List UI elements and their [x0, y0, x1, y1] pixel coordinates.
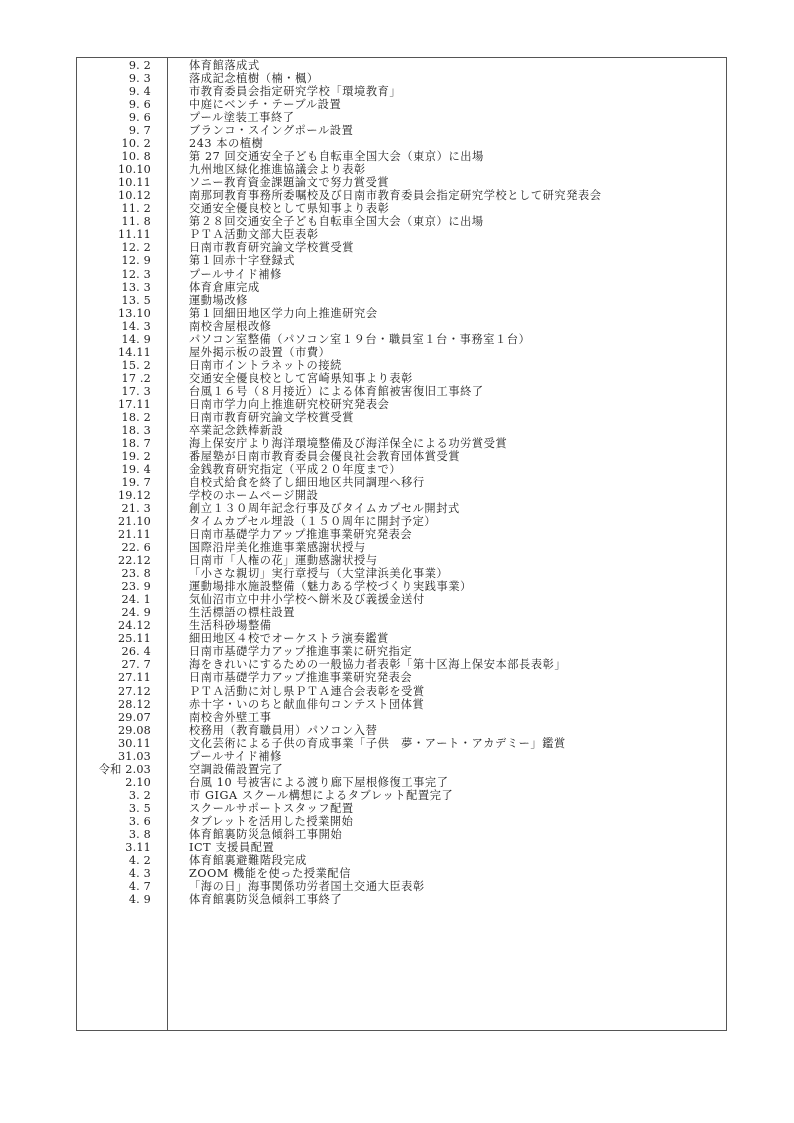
date-cell: 3. 2	[77, 789, 151, 802]
date-cell: 24. 9	[77, 606, 151, 619]
table-row: 27.12 ＰＴＡ活動に対し県ＰＴＡ連合会表彰を受賞	[77, 685, 726, 698]
date-cell: 4. 7	[77, 880, 151, 893]
event-cell: ソニー教育資金課題論文で努力賞受賞	[189, 176, 389, 189]
date-cell: 18. 7	[77, 437, 151, 450]
event-cell: 九州地区緑化推進協議会より表彰	[189, 163, 366, 176]
event-cell: 市教育委員会指定研究学校「環境教育」	[189, 85, 401, 98]
event-cell: 日南市教育研究論文学校賞受賞	[189, 411, 354, 424]
date-cell: 9. 3	[77, 72, 151, 85]
event-cell: 台風 10 号被害による渡り廊下屋根修復工事完了	[189, 776, 449, 789]
date-cell: 9. 2	[77, 59, 151, 72]
event-cell: 屋外掲示板の設置（市費）	[189, 346, 330, 359]
date-cell: 19.12	[77, 489, 151, 502]
date-cell: 22.12	[77, 554, 151, 567]
table-row: 31.03 プールサイド補修	[77, 750, 726, 763]
event-cell: 日南市学力向上推進研究校研究発表会	[189, 398, 389, 411]
date-cell: 4. 3	[77, 867, 151, 880]
event-cell: プールサイド補修	[189, 750, 282, 763]
date-cell: 13. 5	[77, 294, 151, 307]
event-cell: 生活標語の標柱設置	[189, 606, 295, 619]
event-cell: ＰＴＡ活動文部大臣表彰	[189, 228, 319, 241]
date-cell: 28.12	[77, 698, 151, 711]
table-row: 19. 2 番屋塾が日南市教育委員会優良社会教育団体賞受賞	[77, 450, 726, 463]
event-cell: ブランコ・スイングポール設置	[189, 124, 353, 137]
table-row: 21. 3 創立１３０周年記念行事及びタイムカプセル開封式	[77, 502, 726, 515]
table-row: 3. 5 スクールサポートスタッフ配置	[77, 802, 726, 815]
date-cell: 17 .2	[77, 372, 151, 385]
table-row: 24. 9 生活標語の標柱設置	[77, 606, 726, 619]
date-cell: 21.11	[77, 528, 151, 541]
event-cell: 運動場改修	[189, 294, 248, 307]
event-cell: 第 27 回交通安全子ども自転車全国大会（東京）に出場	[189, 150, 484, 163]
date-cell: 26. 4	[77, 645, 151, 658]
table-row: 12. 9 第１回赤十字登録式	[77, 254, 726, 267]
table-row: 13.10 第１回細田地区学力向上推進研究会	[77, 307, 726, 320]
date-cell: 2.10	[77, 776, 151, 789]
table-row: 11.11 ＰＴＡ活動文部大臣表彰	[77, 228, 726, 241]
table-row: 4. 9 体育館裏防災急傾斜工事終了	[77, 893, 726, 906]
event-cell: 日南市教育研究論文学校賞受賞	[189, 241, 354, 254]
date-cell: 23. 9	[77, 580, 151, 593]
date-cell: 22. 6	[77, 541, 151, 554]
table-row: 19. 7 自校式給食を終了し細田地区共同調理へ移行	[77, 476, 726, 489]
date-cell: 27.12	[77, 685, 151, 698]
table-row: 15. 2 日南市イントラネットの接続	[77, 359, 726, 372]
table-row: 22.12 日南市「人権の花」運動感謝状授与	[77, 554, 726, 567]
table-row: 4. 3 ZOOM 機能を使った授業配信	[77, 867, 726, 880]
date-cell: 27. 7	[77, 658, 151, 671]
event-cell: 日南市基礎学力アップ推進事業研究発表会	[189, 528, 412, 541]
date-cell: 31.03	[77, 750, 151, 763]
table-row: 14.11 屋外掲示板の設置（市費）	[77, 346, 726, 359]
event-cell: 「海の日」海事関係功労者国土交通大臣表彰	[189, 880, 425, 893]
event-cell: 体育館裏防災急傾斜工事終了	[189, 893, 342, 906]
date-cell: 19. 4	[77, 463, 151, 476]
event-cell: スクールサポートスタッフ配置	[189, 802, 354, 815]
event-cell: 細田地区４校でオーケストラ演奏鑑賞	[189, 632, 389, 645]
event-cell: 自校式給食を終了し細田地区共同調理へ移行	[189, 476, 425, 489]
date-cell: 11. 8	[77, 215, 151, 228]
table-row: 17.11 日南市学力向上推進研究校研究発表会	[77, 398, 726, 411]
event-cell: パソコン室整備（パソコン室１９台・職員室１台・事務室１台）	[189, 333, 530, 346]
table-row: 10.10 九州地区緑化推進協議会より表彰	[77, 163, 726, 176]
date-cell: 21. 3	[77, 502, 151, 515]
event-cell: 学校のホームページ開設	[189, 489, 318, 502]
event-cell: 交通安全優良校として県知事より表彰	[189, 202, 389, 215]
date-cell: 10. 8	[77, 150, 151, 163]
date-cell: 9. 7	[77, 124, 151, 137]
event-cell: 中庭にベンチ・テーブル設置	[189, 98, 341, 111]
date-cell: 25.11	[77, 632, 151, 645]
table-row: 2.10 台風 10 号被害による渡り廊下屋根修復工事完了	[77, 776, 726, 789]
event-cell: 体育館落成式	[189, 59, 260, 72]
table-row: 17. 3 台風１６号（８月接近）による体育館被害復旧工事終了	[77, 385, 726, 398]
table-row: 18. 3 卒業記念鉄棒新設	[77, 424, 726, 437]
event-cell: プールサイド補修	[189, 268, 282, 281]
event-cell: タブレットを活用した授業開始	[189, 815, 353, 828]
date-cell: 12. 9	[77, 254, 151, 267]
date-cell: 13.10	[77, 307, 151, 320]
event-cell: 海をきれいにするための一般協力者表彰「第十区海上保安本部長表彰」	[189, 658, 566, 671]
date-cell: 4. 2	[77, 854, 151, 867]
event-cell: 南校舎屋根改修	[189, 320, 272, 333]
date-cell: 9. 6	[77, 111, 151, 124]
event-cell: 体育倉庫完成	[189, 281, 260, 294]
table-row: 11. 2 交通安全優良校として県知事より表彰	[77, 202, 726, 215]
event-cell: 校務用（教育職員用）パソコン入替	[189, 724, 377, 737]
table-row: 22. 6 国際沿岸美化推進事業感謝状授与	[77, 541, 726, 554]
table-row: 10.12 南那珂教育事務所委嘱校及び日南市教育委員会指定研究学校として研究発表…	[77, 189, 726, 202]
history-table: 9. 2 体育館落成式 9. 3 落成記念植樹（楠・楓） 9. 4 市教育委員会…	[76, 57, 727, 1031]
date-cell: 18. 3	[77, 424, 151, 437]
date-cell: 9. 4	[77, 85, 151, 98]
event-cell: 番屋塾が日南市教育委員会優良社会教育団体賞受賞	[189, 450, 460, 463]
date-cell: 9. 6	[77, 98, 151, 111]
event-cell: 文化芸術による子供の育成事業「子供 夢・アート・アカデミー」鑑賞	[189, 737, 566, 750]
table-row: 3. 8 体育館裏防災急傾斜工事開始	[77, 828, 726, 841]
table-row: 24.12 生活科砂場整備	[77, 619, 726, 632]
event-cell: ICT 支援員配置	[189, 841, 274, 854]
table-row: 9. 4 市教育委員会指定研究学校「環境教育」	[77, 85, 726, 98]
table-row: 4. 2 体育館裏避難階段完成	[77, 854, 726, 867]
table-row: 27. 7 海をきれいにするための一般協力者表彰「第十区海上保安本部長表彰」	[77, 658, 726, 671]
table-row: 4. 7 「海の日」海事関係功労者国土交通大臣表彰	[77, 880, 726, 893]
table-rows: 9. 2 体育館落成式 9. 3 落成記念植樹（楠・楓） 9. 4 市教育委員会…	[77, 59, 726, 906]
table-row: 23. 8 「小さな親切」実行章授与（大堂津浜美化事業）	[77, 567, 726, 580]
event-cell: 第１回細田地区学力向上推進研究会	[189, 307, 378, 320]
table-row: 27.11 日南市基礎学力アップ推進事業研究発表会	[77, 671, 726, 684]
table-row: 19. 4 金銭教育研究指定（平成２０年度まで）	[77, 463, 726, 476]
date-cell: 24.12	[77, 619, 151, 632]
date-cell: 12. 3	[77, 268, 151, 281]
table-row: 19.12 学校のホームページ開設	[77, 489, 726, 502]
event-cell: 台風１６号（８月接近）による体育館被害復旧工事終了	[189, 385, 484, 398]
date-cell: 10. 2	[77, 137, 151, 150]
table-row: 14. 9 パソコン室整備（パソコン室１９台・職員室１台・事務室１台）	[77, 333, 726, 346]
table-row: 令和 2.03 空調設備設置完了	[77, 763, 726, 776]
event-cell: 金銭教育研究指定（平成２０年度まで）	[189, 463, 401, 476]
table-row: 29.07 南校舎外壁工事	[77, 711, 726, 724]
table-row: 12. 3 プールサイド補修	[77, 268, 726, 281]
event-cell: 空調設備設置完了	[189, 763, 283, 776]
event-cell: 体育館裏避難階段完成	[189, 854, 307, 867]
event-cell: プール塗装工事終了	[189, 111, 295, 124]
date-cell: 29.07	[77, 711, 151, 724]
table-row: 21.10 タイムカプセル埋設（１５０周年に開封予定）	[77, 515, 726, 528]
date-cell: 4. 9	[77, 893, 151, 906]
table-row: 10.11 ソニー教育資金課題論文で努力賞受賞	[77, 176, 726, 189]
table-row: 10. 2 243 本の植樹	[77, 137, 726, 150]
date-cell: 3.11	[77, 841, 151, 854]
event-cell: 海上保安庁より海洋環境整備及び海洋保全による功労賞受賞	[189, 437, 507, 450]
date-cell: 10.12	[77, 189, 151, 202]
table-row: 9. 6 プール塗装工事終了	[77, 111, 726, 124]
table-row: 18. 7 海上保安庁より海洋環境整備及び海洋保全による功労賞受賞	[77, 437, 726, 450]
event-cell: 日南市イントラネットの接続	[189, 359, 342, 372]
event-cell: 卒業記念鉄棒新設	[189, 424, 283, 437]
table-row: 3. 2 市 GIGA スクール構想によるタブレット配置完了	[77, 789, 726, 802]
event-cell: 落成記念植樹（楠・楓）	[189, 72, 319, 85]
event-cell: 「小さな親切」実行章授与（大堂津浜美化事業）	[189, 567, 448, 580]
event-cell: 243 本の植樹	[189, 137, 263, 150]
table-row: 13. 3 体育倉庫完成	[77, 281, 726, 294]
table-row: 9. 3 落成記念植樹（楠・楓）	[77, 72, 726, 85]
event-cell: 運動場排水施設整備（魅力ある学校づくり実践事業）	[189, 580, 472, 593]
event-cell: 日南市「人権の花」運動感謝状授与	[189, 554, 378, 567]
event-cell: ＰＴＡ活動に対し県ＰＴＡ連合会表彰を受賞	[189, 685, 425, 698]
table-row: 21.11 日南市基礎学力アップ推進事業研究発表会	[77, 528, 726, 541]
event-cell: 日南市基礎学力アップ推進事業に研究指定	[189, 645, 412, 658]
date-cell: 12. 2	[77, 241, 151, 254]
event-cell: ZOOM 機能を使った授業配信	[189, 867, 351, 880]
date-cell: 14.11	[77, 346, 151, 359]
date-cell: 17.11	[77, 398, 151, 411]
table-row: 28.12 赤十字・いのちと献血俳句コンテスト団体賞	[77, 698, 726, 711]
event-cell: 気仙沼市立中井小学校へ餅米及び義援金送付	[189, 593, 425, 606]
date-cell: 14. 9	[77, 333, 151, 346]
table-row: 13. 5 運動場改修	[77, 294, 726, 307]
event-cell: 体育館裏防災急傾斜工事開始	[189, 828, 342, 841]
event-cell: 日南市基礎学力アップ推進事業研究発表会	[189, 671, 412, 684]
date-cell: 令和 2.03	[77, 763, 151, 776]
event-cell: 南校舎外壁工事	[189, 711, 272, 724]
table-row: 30.11 文化芸術による子供の育成事業「子供 夢・アート・アカデミー」鑑賞	[77, 737, 726, 750]
table-row: 10. 8 第 27 回交通安全子ども自転車全国大会（東京）に出場	[77, 150, 726, 163]
date-cell: 10.10	[77, 163, 151, 176]
date-cell: 27.11	[77, 671, 151, 684]
event-cell: 市 GIGA スクール構想によるタブレット配置完了	[189, 789, 453, 802]
table-row: 29.08 校務用（教育職員用）パソコン入替	[77, 724, 726, 737]
event-cell: 生活科砂場整備	[189, 619, 272, 632]
event-cell: 創立１３０周年記念行事及びタイムカプセル開封式	[189, 502, 460, 515]
date-cell: 17. 3	[77, 385, 151, 398]
event-cell: 第２８回交通安全子ども自転車全国大会（東京）に出場	[189, 215, 484, 228]
date-cell: 3. 6	[77, 815, 151, 828]
date-cell: 21.10	[77, 515, 151, 528]
date-cell: 19. 2	[77, 450, 151, 463]
date-cell: 30.11	[77, 737, 151, 750]
table-row: 9. 6 中庭にベンチ・テーブル設置	[77, 98, 726, 111]
table-row: 26. 4 日南市基礎学力アップ推進事業に研究指定	[77, 645, 726, 658]
table-row: 9. 7 ブランコ・スイングポール設置	[77, 124, 726, 137]
date-cell: 18. 2	[77, 411, 151, 424]
table-row: 3. 6 タブレットを活用した授業開始	[77, 815, 726, 828]
event-cell: 赤十字・いのちと献血俳句コンテスト団体賞	[189, 698, 424, 711]
date-cell: 14. 3	[77, 320, 151, 333]
table-row: 18. 2 日南市教育研究論文学校賞受賞	[77, 411, 726, 424]
table-row: 14. 3 南校舎屋根改修	[77, 320, 726, 333]
date-cell: 23. 8	[77, 567, 151, 580]
table-row: 24. 1 気仙沼市立中井小学校へ餅米及び義援金送付	[77, 593, 726, 606]
date-cell: 29.08	[77, 724, 151, 737]
event-cell: 第１回赤十字登録式	[189, 254, 295, 267]
table-row: 25.11 細田地区４校でオーケストラ演奏鑑賞	[77, 632, 726, 645]
date-cell: 11.11	[77, 228, 151, 241]
date-cell: 11. 2	[77, 202, 151, 215]
event-cell: 南那珂教育事務所委嘱校及び日南市教育委員会指定研究学校として研究発表会	[189, 189, 602, 202]
table-row: 11. 8 第２８回交通安全子ども自転車全国大会（東京）に出場	[77, 215, 726, 228]
table-row: 23. 9 運動場排水施設整備（魅力ある学校づくり実践事業）	[77, 580, 726, 593]
date-cell: 3. 5	[77, 802, 151, 815]
date-cell: 19. 7	[77, 476, 151, 489]
date-cell: 13. 3	[77, 281, 151, 294]
date-cell: 24. 1	[77, 593, 151, 606]
event-cell: 交通安全優良校として宮崎県知事より表彰	[189, 372, 413, 385]
event-cell: 国際沿岸美化推進事業感謝状授与	[189, 541, 366, 554]
table-row: 17 .2 交通安全優良校として宮崎県知事より表彰	[77, 372, 726, 385]
table-row: 3.11 ICT 支援員配置	[77, 841, 726, 854]
table-row: 12. 2 日南市教育研究論文学校賞受賞	[77, 241, 726, 254]
date-cell: 15. 2	[77, 359, 151, 372]
table-row: 9. 2 体育館落成式	[77, 59, 726, 72]
date-cell: 10.11	[77, 176, 151, 189]
event-cell: タイムカプセル埋設（１５０周年に開封予定）	[189, 515, 436, 528]
date-cell: 3. 8	[77, 828, 151, 841]
